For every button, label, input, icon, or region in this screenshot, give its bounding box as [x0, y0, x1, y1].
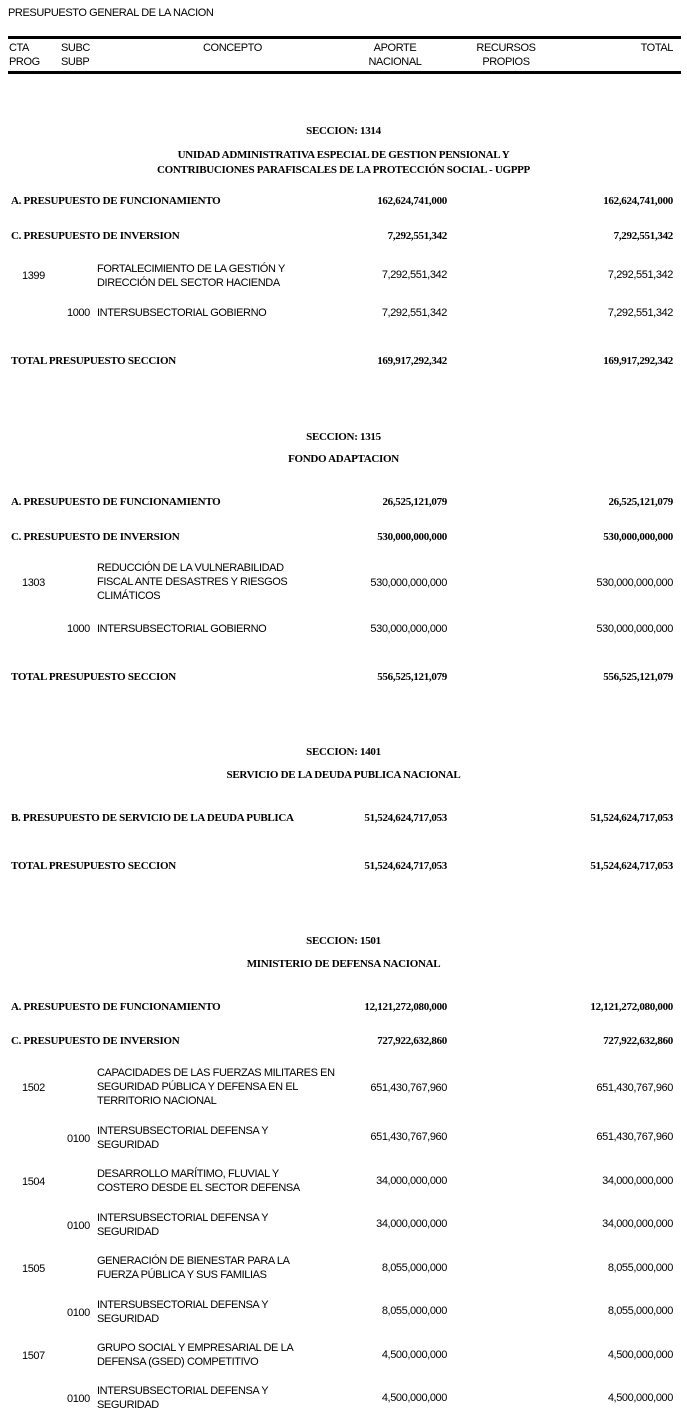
- subc-code: 1000: [67, 306, 90, 320]
- total-label: TOTAL PRESUPUESTO SECCION: [11, 670, 176, 684]
- total-value: 651,430,767,960: [596, 1130, 673, 1144]
- aporte-value: 4,500,000,000: [382, 1391, 447, 1405]
- row-label: A. PRESUPUESTO DE FUNCIONAMIENTO: [11, 194, 220, 208]
- total-value: 51,524,624,717,053: [590, 811, 673, 825]
- total-value: 7,292,551,342: [614, 229, 673, 243]
- aporte-value: 7,292,551,342: [382, 306, 447, 320]
- total-value: 8,055,000,000: [608, 1304, 673, 1318]
- aporte-value: 162,624,741,000: [377, 194, 447, 208]
- aporte-value: 7,292,551,342: [382, 268, 447, 282]
- aporte-value: 530,000,000,000: [370, 622, 447, 636]
- aporte-value: 8,055,000,000: [382, 1304, 447, 1318]
- cta-code: 1502: [22, 1081, 45, 1095]
- col-recursos-line1: RECURSOS: [466, 41, 546, 55]
- concept-text: DESARROLLO MARÍTIMO, FLUVIAL Y COSTERO D…: [97, 1167, 317, 1195]
- total-value: 12,121,272,080,000: [590, 1000, 673, 1014]
- col-recursos-line2: PROPIOS: [466, 55, 546, 69]
- col-cta-line2: PROG: [9, 55, 40, 69]
- row-label: B. PRESUPUESTO DE SERVICIO DE LA DEUDA P…: [11, 811, 294, 825]
- aporte-value: 12,121,272,080,000: [364, 1000, 447, 1014]
- aporte-value: 651,430,767,960: [370, 1130, 447, 1144]
- total-value: 651,430,767,960: [596, 1081, 673, 1095]
- concept-text: INTERSUBSECTORIAL DEFENSA Y SEGURIDAD: [97, 1124, 297, 1152]
- concept-text: INTERSUBSECTORIAL GOBIERNO: [97, 622, 266, 636]
- concept-text: GENERACIÓN DE BIENESTAR PARA LA FUERZA P…: [97, 1254, 317, 1282]
- header-bottom-rule: [8, 71, 681, 74]
- section-name-line1: FONDO ADAPTACION: [0, 452, 687, 467]
- total-aporte: 556,525,121,079: [377, 670, 447, 684]
- total-value: 530,000,000,000: [603, 530, 673, 544]
- section-number: SECCION: 1401: [0, 745, 687, 760]
- aporte-value: 530,000,000,000: [377, 530, 447, 544]
- cta-code: 1504: [22, 1175, 45, 1189]
- aporte-value: 8,055,000,000: [382, 1261, 447, 1275]
- total-value: 7,292,551,342: [608, 306, 673, 320]
- aporte-value: 727,922,632,860: [377, 1034, 447, 1048]
- row-label: C. PRESUPUESTO DE INVERSION: [11, 1034, 179, 1048]
- aporte-value: 4,500,000,000: [382, 1348, 447, 1362]
- total-total: 51,524,624,717,053: [590, 859, 673, 873]
- cta-code: 1399: [22, 269, 45, 283]
- concept-text: INTERSUBSECTORIAL GOBIERNO: [97, 306, 266, 320]
- total-value: 34,000,000,000: [602, 1217, 673, 1231]
- aporte-value: 530,000,000,000: [370, 576, 447, 590]
- col-aporte-line1: APORTE: [355, 41, 435, 55]
- col-subc-line1: SUBC: [61, 41, 90, 55]
- cta-code: 1303: [22, 576, 45, 590]
- total-value: 530,000,000,000: [596, 576, 673, 590]
- row-label: C. PRESUPUESTO DE INVERSION: [11, 229, 179, 243]
- total-value: 530,000,000,000: [596, 622, 673, 636]
- total-value: 26,525,121,079: [608, 495, 673, 509]
- total-aporte: 169,917,292,342: [377, 354, 447, 368]
- concept-text: REDUCCIÓN DE LA VULNERABILIDAD FISCAL AN…: [97, 561, 312, 603]
- row-label: C. PRESUPUESTO DE INVERSION: [11, 530, 179, 544]
- section-number: SECCION: 1314: [0, 124, 687, 139]
- section-number: SECCION: 1315: [0, 430, 687, 445]
- total-value: 162,624,741,000: [603, 194, 673, 208]
- aporte-value: 34,000,000,000: [376, 1174, 447, 1188]
- total-label: TOTAL PRESUPUESTO SECCION: [11, 354, 176, 368]
- total-value: 4,500,000,000: [608, 1391, 673, 1405]
- subc-code: 0100: [67, 1392, 90, 1406]
- header-top-rule: [8, 36, 681, 39]
- aporte-value: 51,524,624,717,053: [364, 811, 447, 825]
- cta-code: 1507: [22, 1349, 45, 1363]
- total-total: 556,525,121,079: [603, 670, 673, 684]
- subc-code: 0100: [67, 1306, 90, 1320]
- total-total: 169,917,292,342: [603, 354, 673, 368]
- cta-code: 1505: [22, 1262, 45, 1276]
- section-name-line1: SERVICIO DE LA DEUDA PUBLICA NACIONAL: [0, 768, 687, 783]
- col-subc-line2: SUBP: [61, 55, 89, 69]
- total-value: 4,500,000,000: [608, 1348, 673, 1362]
- aporte-value: 26,525,121,079: [382, 495, 447, 509]
- document-title: PRESUPUESTO GENERAL DE LA NACION: [8, 6, 213, 20]
- total-aporte: 51,524,624,717,053: [364, 859, 447, 873]
- concept-text: INTERSUBSECTORIAL DEFENSA Y SEGURIDAD: [97, 1384, 297, 1412]
- section-name-line2: CONTRIBUCIONES PARAFISCALES DE LA PROTEC…: [0, 163, 687, 178]
- concept-text: GRUPO SOCIAL Y EMPRESARIAL DE LA DEFENSA…: [97, 1341, 317, 1369]
- concept-text: CAPACIDADES DE LAS FUERZAS MILITARES EN …: [97, 1066, 337, 1108]
- subc-code: 0100: [67, 1219, 90, 1233]
- total-value: 727,922,632,860: [603, 1034, 673, 1048]
- section-name-line1: UNIDAD ADMINISTRATIVA ESPECIAL DE GESTIO…: [0, 148, 687, 163]
- concept-text: FORTALECIMIENTO DE LA GESTIÓN Y DIRECCIÓ…: [97, 262, 312, 290]
- section-number: SECCION: 1501: [0, 934, 687, 949]
- total-value: 34,000,000,000: [602, 1174, 673, 1188]
- aporte-value: 651,430,767,960: [370, 1081, 447, 1095]
- col-total: TOTAL: [641, 41, 673, 55]
- total-label: TOTAL PRESUPUESTO SECCION: [11, 859, 176, 873]
- subc-code: 1000: [67, 622, 90, 636]
- total-value: 7,292,551,342: [608, 268, 673, 282]
- col-cta-line1: CTA: [9, 41, 29, 55]
- col-concepto: CONCEPTO: [203, 41, 262, 55]
- concept-text: INTERSUBSECTORIAL DEFENSA Y SEGURIDAD: [97, 1211, 297, 1239]
- concept-text: INTERSUBSECTORIAL DEFENSA Y SEGURIDAD: [97, 1298, 297, 1326]
- section-name-line1: MINISTERIO DE DEFENSA NACIONAL: [0, 957, 687, 972]
- subc-code: 0100: [67, 1132, 90, 1146]
- row-label: A. PRESUPUESTO DE FUNCIONAMIENTO: [11, 1000, 220, 1014]
- total-value: 8,055,000,000: [608, 1261, 673, 1275]
- col-aporte-line2: NACIONAL: [355, 55, 435, 69]
- aporte-value: 7,292,551,342: [388, 229, 447, 243]
- aporte-value: 34,000,000,000: [376, 1217, 447, 1231]
- row-label: A. PRESUPUESTO DE FUNCIONAMIENTO: [11, 495, 220, 509]
